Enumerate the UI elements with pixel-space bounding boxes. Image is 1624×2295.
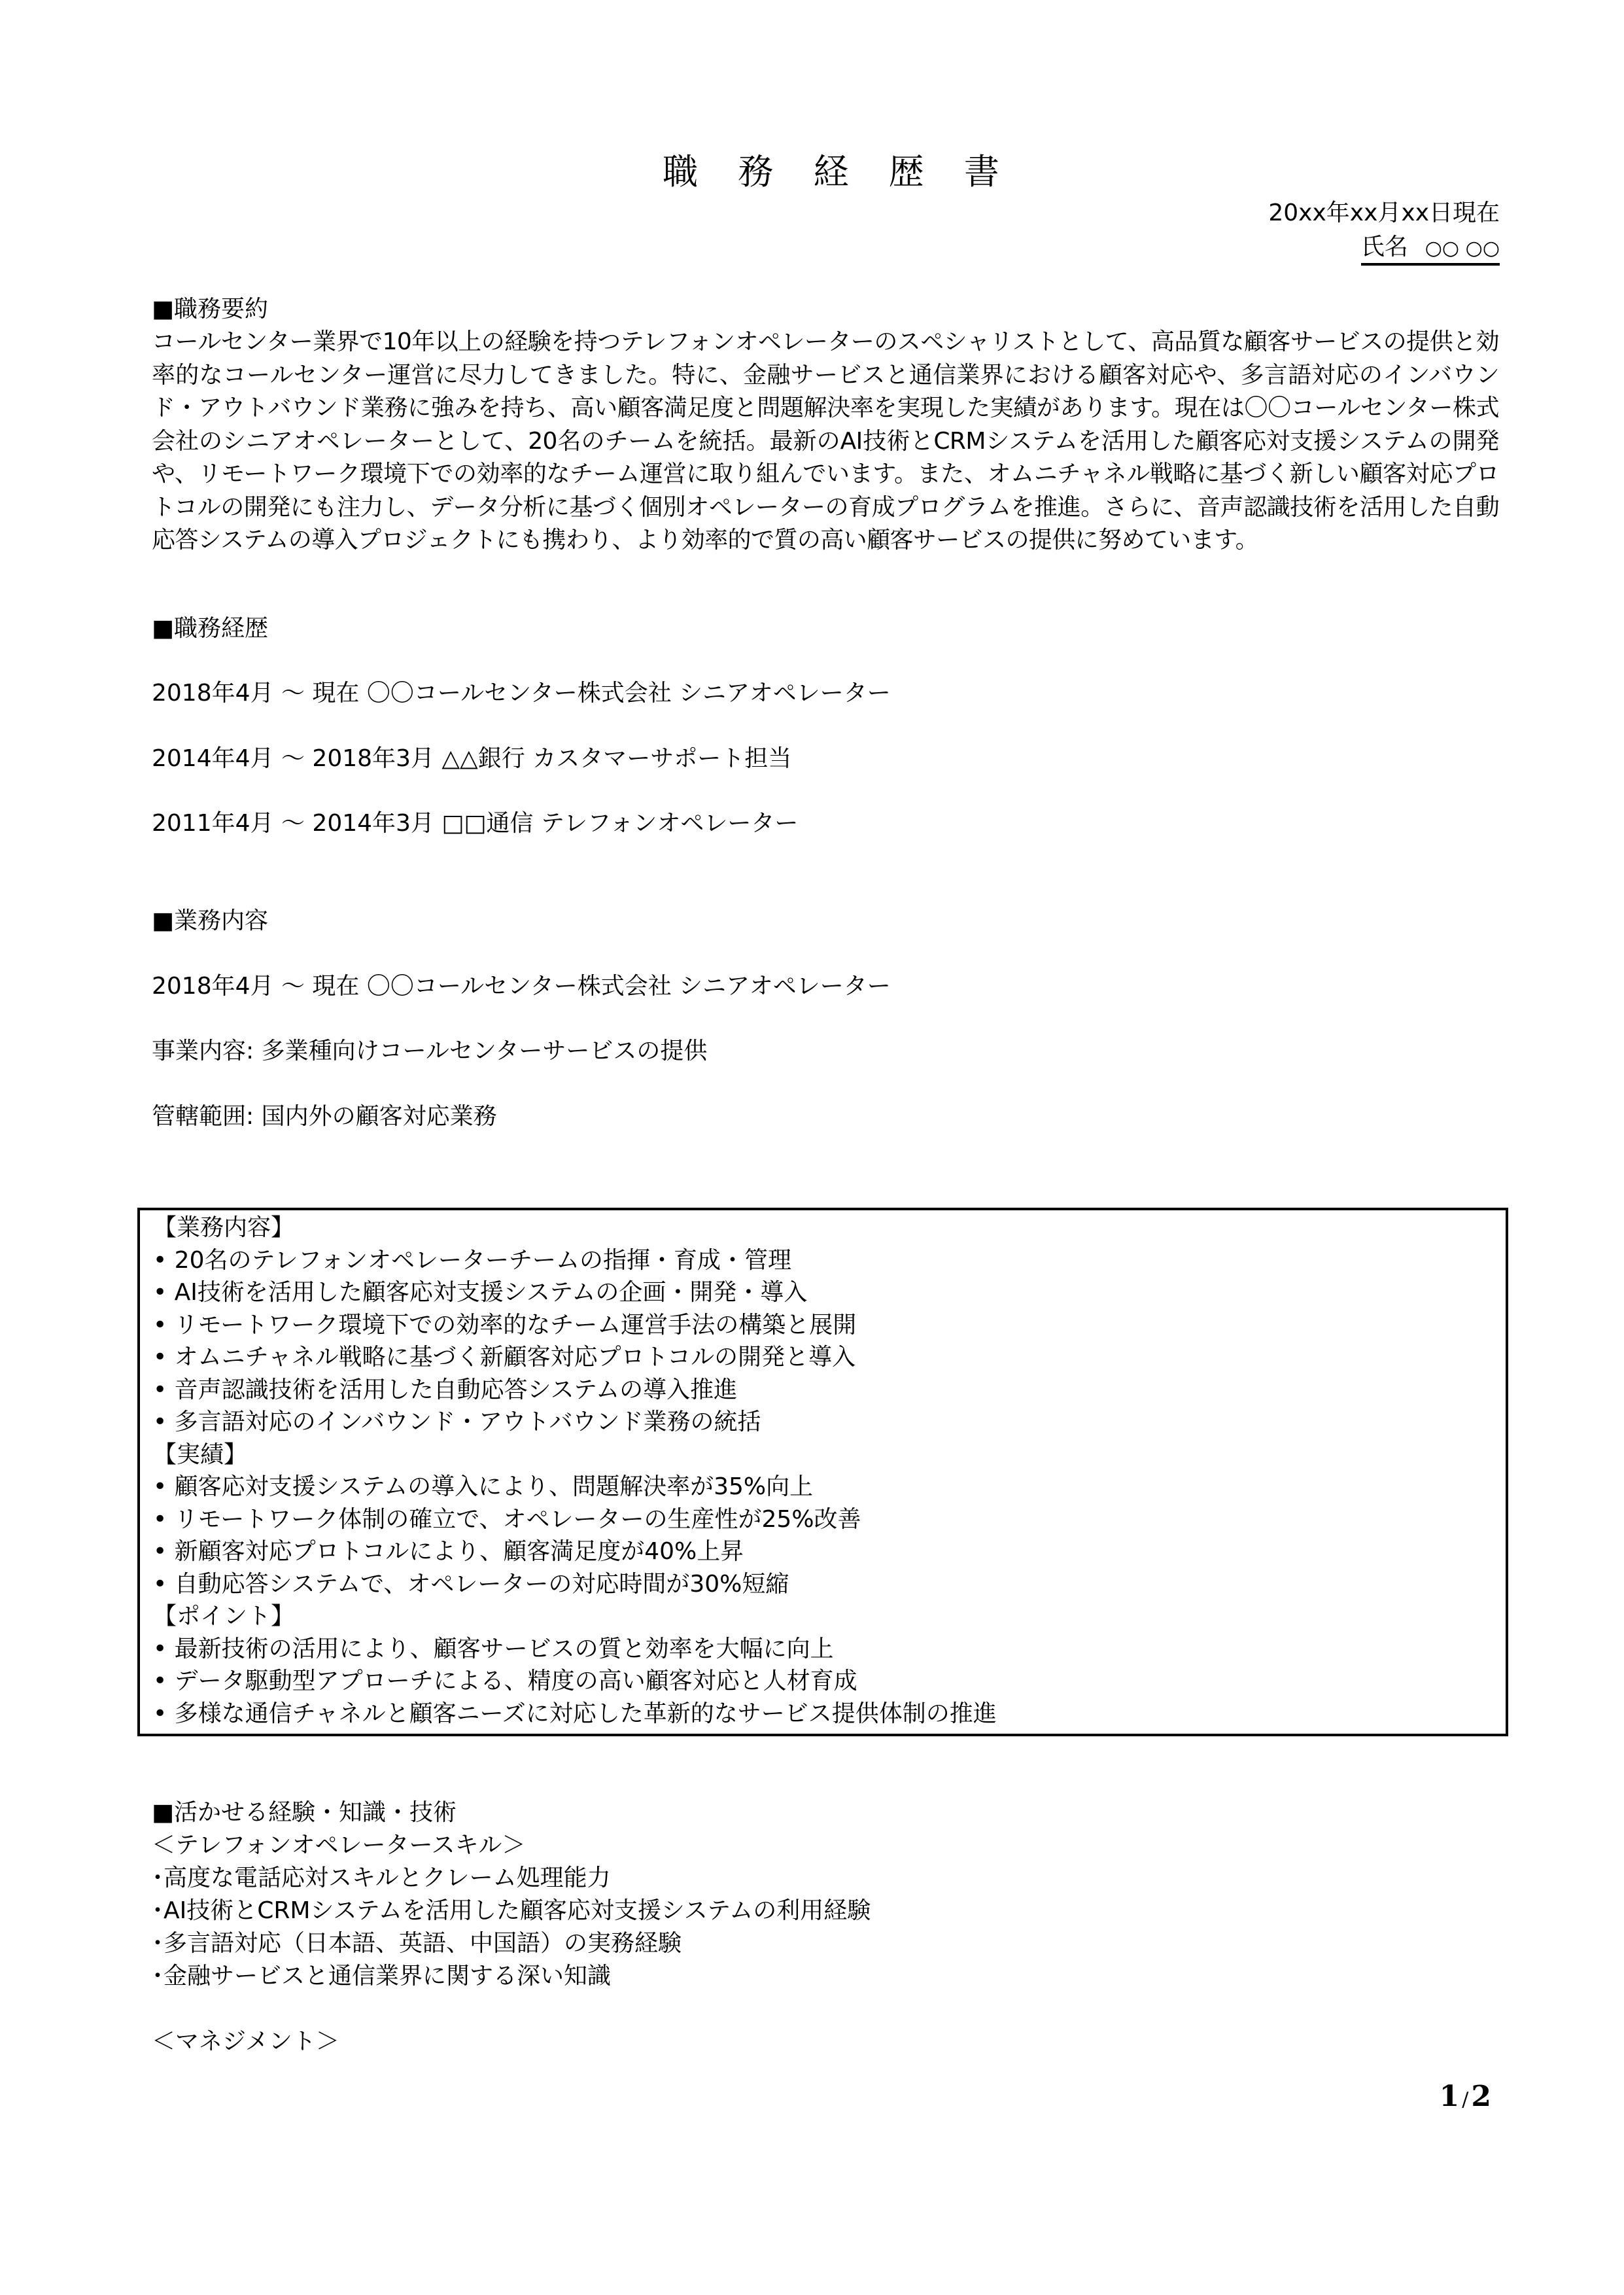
page-separator: / [1462,2088,1468,2111]
results-item: • リモートワーク体制の確立で、オペレーターの生産性が25%改善 [153,1503,1506,1536]
page-current: 1 [1440,2080,1460,2113]
operator-skills-label: ＜テレフォンオペレータースキル＞ [152,1829,1499,1862]
operator-skill-item: ･AI技術とCRMシステムを活用した顧客応対支援システムの利用経験 [152,1895,1499,1927]
operator-skill-item: ･高度な電話応対スキルとクレーム処理能力 [152,1862,1499,1895]
history-heading: ■職務経歴 [152,612,268,645]
name-value: ○○ ○○ [1425,237,1500,260]
duties-item: • 20名のテレフォンオペレーターチームの指揮・育成・管理 [153,1244,1506,1277]
results-item: • 新顧客対応プロトコルにより、顧客満足度が40%上昇 [153,1535,1506,1568]
results-item: • 顧客応対支援システムの導入により、問題解決率が35%向上 [153,1471,1506,1503]
name-label: 氏名 [1361,234,1408,260]
duties-item: • 多言語対応のインバウンド・アウトバウンド業務の統括 [153,1406,1506,1439]
document-title: 職 務 経 歴 書 [0,149,1624,195]
resume-page: 職 務 経 歴 書 20xx年xx月xx日現在 氏名○○ ○○ ■職務要約 コー… [0,0,1624,2295]
detail-box: 【業務内容】 • 20名のテレフォンオペレーターチームの指揮・育成・管理 • A… [137,1208,1508,1736]
points-item: • 最新技術の活用により、顧客サービスの質と効率を大幅に向上 [153,1633,1506,1666]
name-field: 氏名○○ ○○ [1361,233,1500,266]
skills-heading: ■活かせる経験・知識・技術 [152,1796,1499,1829]
history-entry: 2014年4月 ～ 2018年3月 △△銀行 カスタマーサポート担当 [152,743,791,775]
duties-item: • オムニチャネル戦略に基づく新顧客対応プロトコルの開発と導入 [153,1341,1506,1374]
results-item: • 自動応答システムで、オペレーターの対応時間が30%短縮 [153,1568,1506,1601]
duties-item: • 音声認識技術を活用した自動応答システムの導入推進 [153,1374,1506,1407]
summary-heading: ■職務要約 [152,293,268,326]
summary-text: コールセンター業界で10年以上の経験を持つテレフォンオペレーターのスペシャリスト… [152,326,1499,557]
duties-scope: 管轄範囲: 国内外の顧客対応業務 [152,1100,497,1133]
management-label: ＜マネジメント＞ [152,2025,1499,2058]
operator-skill-item: ･金融サービスと通信業界に関する深い知識 [152,1960,1499,1993]
history-entry: 2011年4月 ～ 2014年3月 □□通信 テレフォンオペレーター [152,807,798,840]
document-date: 20xx年xx月xx日現在 [1268,196,1500,230]
points-label: 【ポイント】 [153,1600,1506,1633]
header-info: 20xx年xx月xx日現在 氏名○○ ○○ [1268,196,1500,266]
duties-label: 【業務内容】 [153,1212,1506,1244]
duties-heading: ■業務内容 [152,905,268,937]
duties-item: • AI技術を活用した顧客応対支援システムの企画・開発・導入 [153,1276,1506,1309]
skills-section: ■活かせる経験・知識・技術 ＜テレフォンオペレータースキル＞ ･高度な電話応対ス… [152,1796,1499,2058]
points-item: • 多様な通信チャネルと顧客ニーズに対応した革新的なサービス提供体制の推進 [153,1698,1506,1730]
results-label: 【実績】 [153,1439,1506,1471]
page-total: 2 [1471,2080,1491,2113]
history-entry: 2018年4月 ～ 現在 〇〇コールセンター株式会社 シニアオペレーター [152,677,891,710]
duties-item: • リモートワーク環境下での効率的なチーム運営手法の構築と展開 [153,1309,1506,1342]
points-item: • データ駆動型アプローチによる、精度の高い顧客対応と人材育成 [153,1665,1506,1698]
duties-period: 2018年4月 ～ 現在 〇〇コールセンター株式会社 シニアオペレーター [152,970,891,1003]
spacer [152,1993,1499,2025]
duties-business: 事業内容: 多業種向けコールセンターサービスの提供 [152,1035,707,1068]
operator-skill-item: ･多言語対応（日本語、英語、中国語）の実務経験 [152,1927,1499,1960]
page-number: 1/2 [1440,2079,1491,2118]
